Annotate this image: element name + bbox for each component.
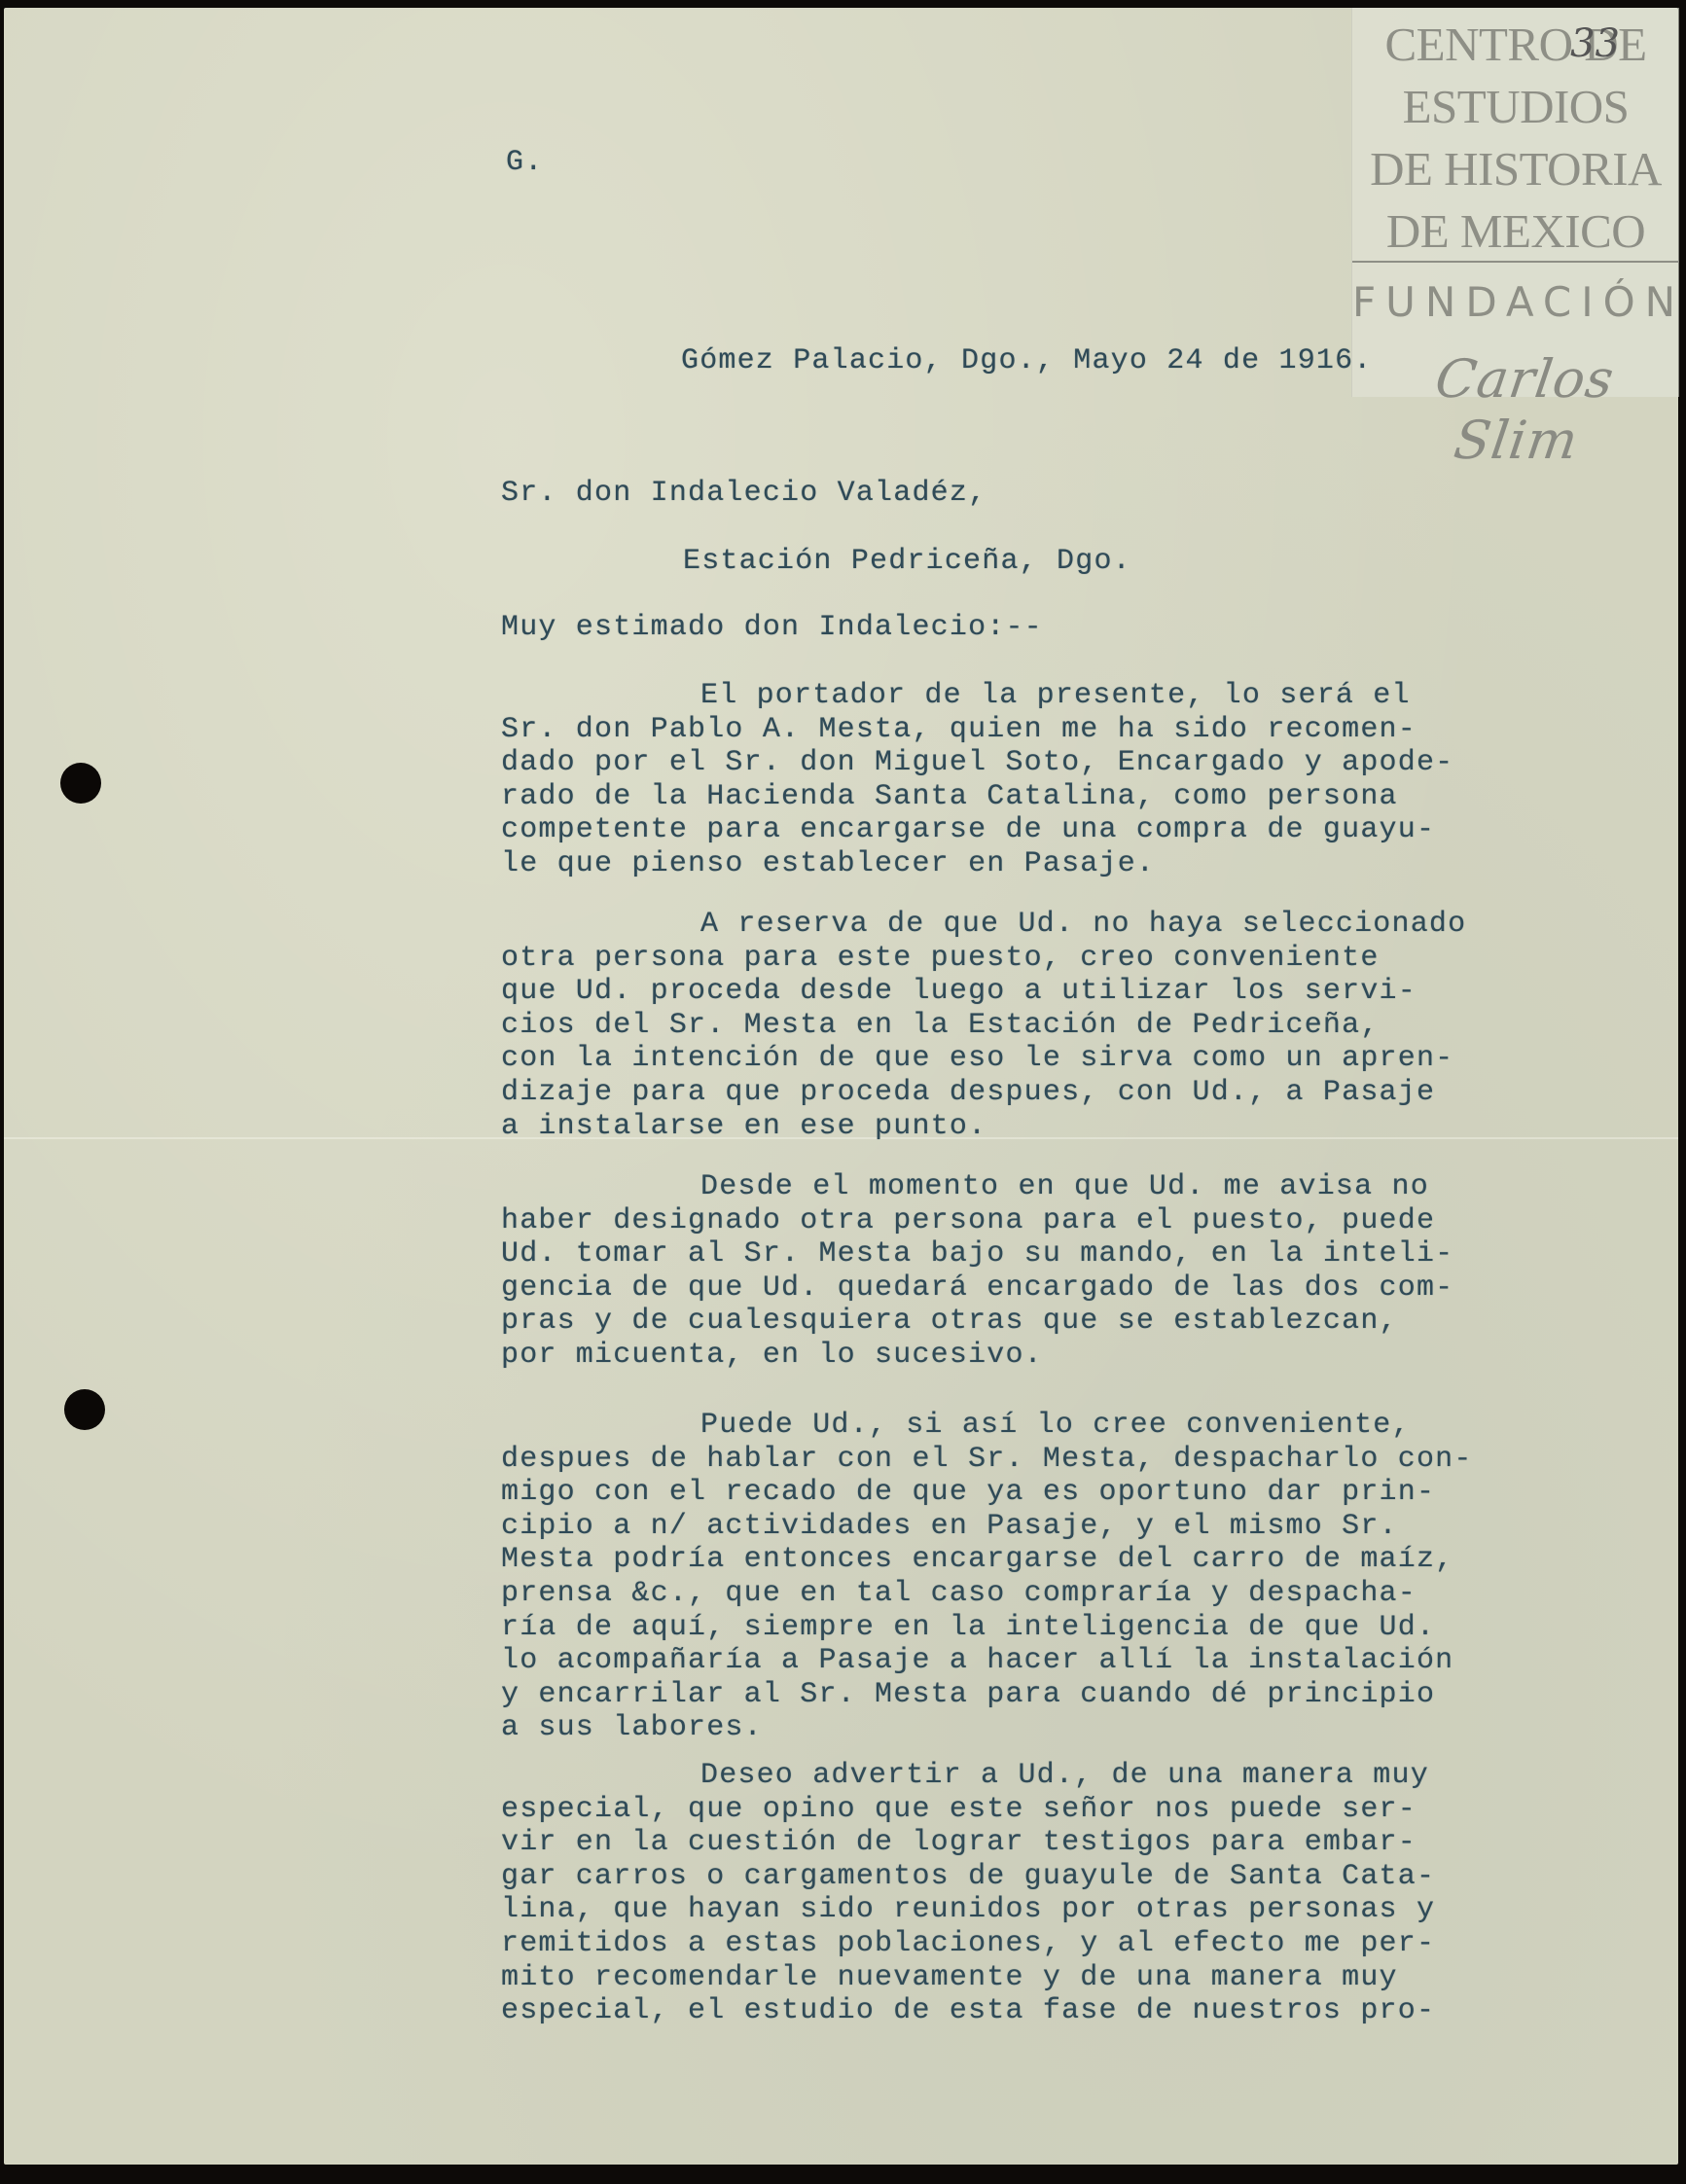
paragraph-4-line: ría de aquí, siempre en la inteligencia … (501, 1611, 1435, 1644)
paragraph-1-line: Sr. don Pablo A. Mesta, quien me ha sido… (501, 713, 1417, 746)
paragraph-4-line: a sus labores. (501, 1711, 763, 1744)
watermark-signature: Carlos Slim (1353, 348, 1686, 471)
paragraph-4-line: migo con el recado de que ya es oportuno… (501, 1476, 1435, 1509)
paragraph-4-line: despues de hablar con el Sr. Mesta, desp… (501, 1443, 1473, 1476)
letter-initial: G. (506, 146, 543, 179)
paragraph-1-line: competente para encargarse de una compra… (501, 813, 1435, 846)
watermark-line-2: ESTUDIOS (1352, 76, 1679, 138)
paragraph-1-line: le que pienso establecer en Pasaje. (501, 847, 1155, 880)
paragraph-2-line: A reserva de que Ud. no haya seleccionad… (700, 908, 1466, 941)
paragraph-3-line: Ud. tomar al Sr. Mesta bajo su mando, en… (501, 1237, 1453, 1271)
paragraph-1-line: dado por el Sr. don Miguel Soto, Encarga… (501, 746, 1453, 779)
paragraph-3-line: por micuenta, en lo sucesivo. (501, 1339, 1043, 1372)
paragraph-3-line: haber designado otra persona para el pue… (501, 1204, 1435, 1237)
recipient-name: Sr. don Indalecio Valadéz, (501, 477, 986, 510)
watermark-rule (1352, 261, 1679, 263)
paragraph-4-line: Puede Ud., si así lo cree conveniente, (700, 1409, 1411, 1442)
paragraph-5-line: gar carros o cargamentos de guayule de S… (501, 1860, 1435, 1893)
archive-watermark: CENTRO DE ESTUDIOS DE HISTORIA DE MEXICO… (1351, 8, 1679, 397)
paragraph-3-line: gencia de que Ud. quedará encargado de l… (501, 1271, 1453, 1305)
punch-hole-top (60, 763, 101, 804)
paragraph-5-line: Deseo advertir a Ud., de una manera muy (700, 1759, 1429, 1792)
paragraph-1-line: El portador de la presente, lo será el (700, 679, 1411, 712)
paragraph-5-line: remitidos a estas poblaciones, y al efec… (501, 1927, 1435, 1960)
folio-number: 33 (1570, 21, 1620, 66)
date-line: Gómez Palacio, Dgo., Mayo 24 de 1916. (681, 344, 1373, 377)
watermark-line-4: DE MEXICO (1352, 200, 1679, 263)
paragraph-4-line: prensa &c., que en tal caso compraría y … (501, 1577, 1417, 1610)
letter-page: CENTRO DE ESTUDIOS DE HISTORIA DE MEXICO… (4, 8, 1678, 2165)
recipient-place: Estación Pedriceña, Dgo. (683, 545, 1131, 578)
paragraph-1-line: rado de la Hacienda Santa Catalina, como… (501, 780, 1398, 813)
paragraph-3-line: pras y de cualesquiera otras que se esta… (501, 1305, 1398, 1338)
paragraph-2-line: con la intención de que eso le sirva com… (501, 1042, 1453, 1075)
paragraph-3-line: Desde el momento en que Ud. me avisa no (700, 1170, 1429, 1203)
paragraph-4-line: y encarrilar al Sr. Mesta para cuando dé… (501, 1678, 1435, 1711)
paragraph-5-line: lina, que hayan sido reunidos por otras … (501, 1893, 1435, 1926)
paragraph-2-line: que Ud. proceda desde luego a utilizar l… (501, 975, 1417, 1008)
paragraph-2-line: dizaje para que proceda despues, con Ud.… (501, 1076, 1435, 1109)
paragraph-2-line: otra persona para este puesto, creo conv… (501, 942, 1380, 975)
paragraph-4-line: cipio a n/ actividades en Pasaje, y el m… (501, 1510, 1398, 1543)
paragraph-2-line: a instalarse en ese punto. (501, 1110, 986, 1143)
paragraph-2-line: cios del Sr. Mesta en la Estación de Ped… (501, 1009, 1380, 1042)
paragraph-5-line: mito recomendarle nuevamente y de una ma… (501, 1961, 1398, 1994)
punch-hole-bottom (64, 1389, 105, 1430)
salutation: Muy estimado don Indalecio:-- (501, 611, 1043, 644)
watermark-line-1: CENTRO DE (1352, 14, 1679, 76)
paragraph-4-line: Mesta podría entonces encargarse del car… (501, 1543, 1453, 1576)
watermark-foundation: FUNDACIÓN (1352, 278, 1679, 326)
paragraph-5-line: especial, que opino que este señor nos p… (501, 1793, 1417, 1826)
paragraph-5-line: vir en la cuestión de lograr testigos pa… (501, 1826, 1417, 1859)
paragraph-4-line: lo acompañaría a Pasaje a hacer allí la … (501, 1644, 1453, 1677)
watermark-line-3: DE HISTORIA (1352, 138, 1679, 200)
paragraph-5-line: especial, el estudio de esta fase de nue… (501, 1994, 1435, 2027)
